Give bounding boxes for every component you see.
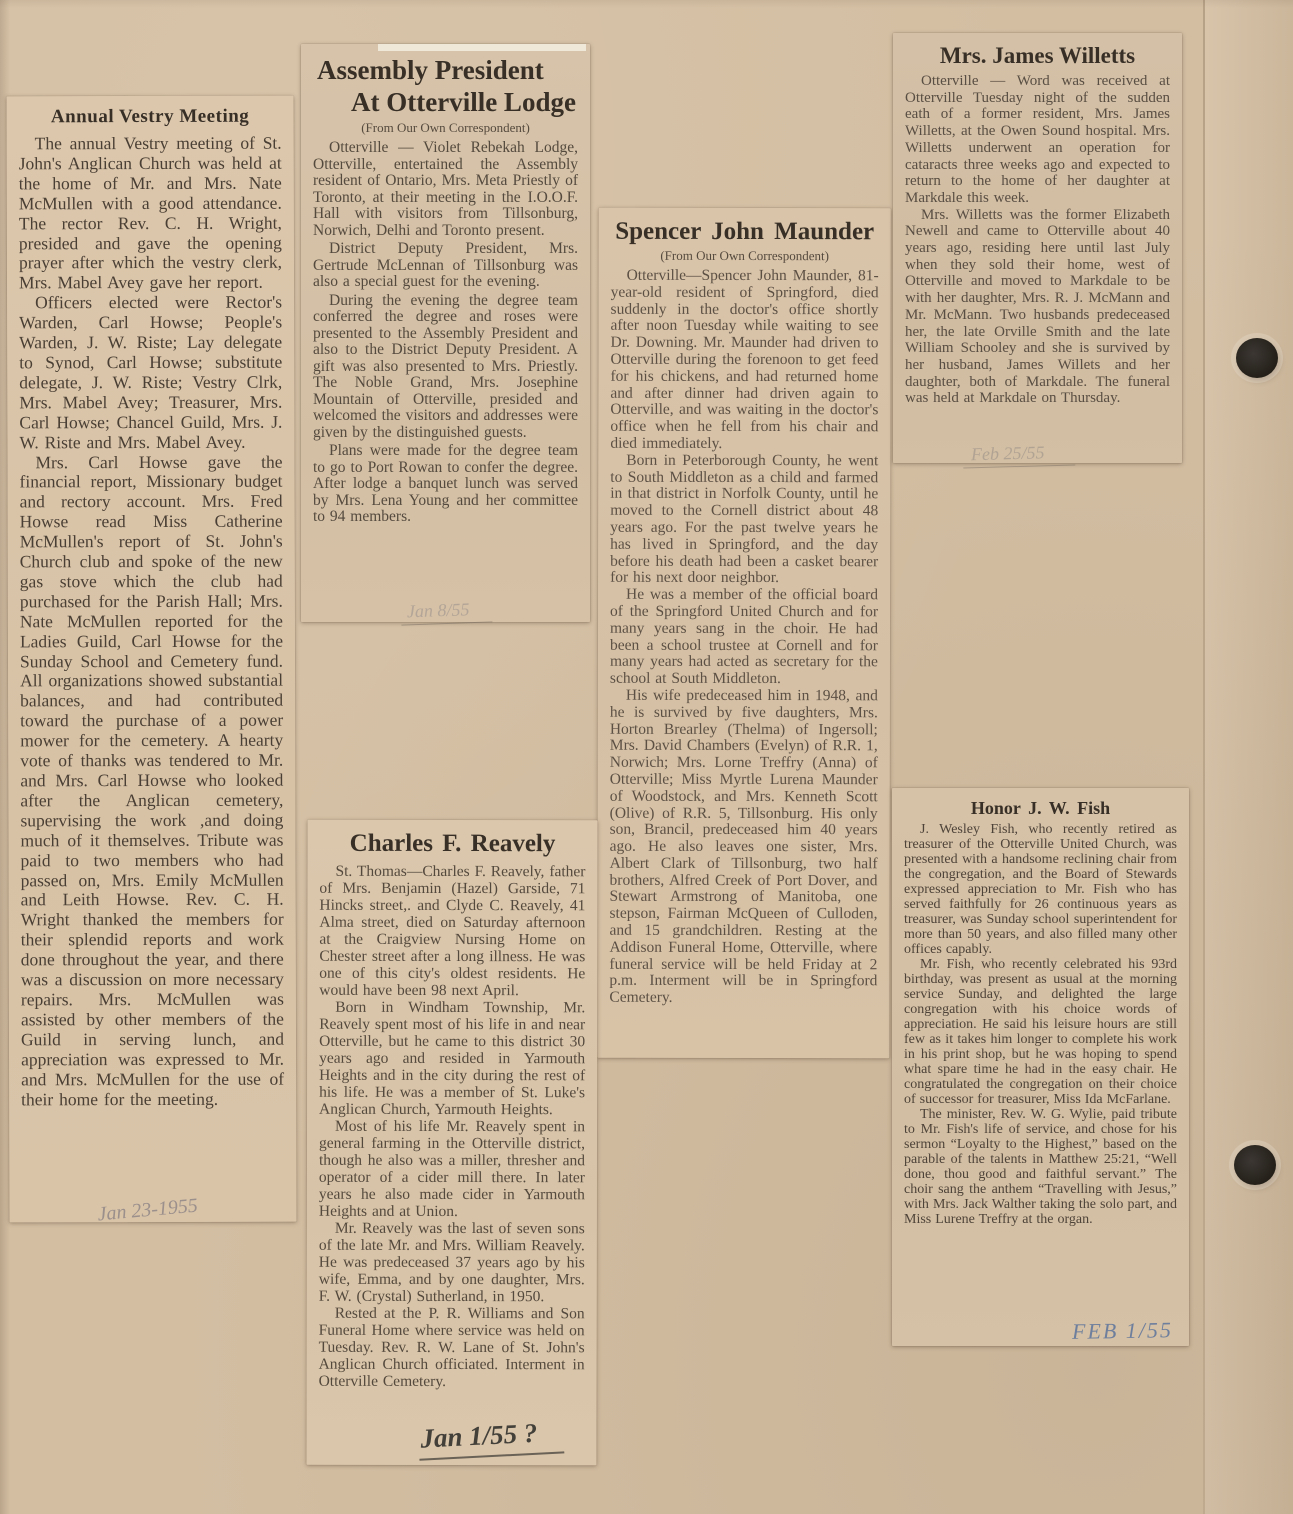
paragraph: J. Wesley Fish, who recently retired as … [904,822,1177,957]
paragraph: His wife predeceased him in 1948, and he… [609,688,878,1008]
clipping-mrs-james-willetts: Mrs. James Willetts Otterville — Word wa… [893,33,1182,463]
paragraph: He was a member of the official board of… [610,587,878,688]
clipping-body: Otterville — Word was received at Otterv… [905,73,1170,407]
clipping-annual-vestry-meeting: Annual Vestry Meeting The annual Vestry … [7,96,297,1223]
paragraph: Officers elected were Rector's Warden, C… [19,293,282,453]
clipping-title: Charles F. Reavely [319,830,585,858]
clipping-title-line1: Assembly President [313,54,578,86]
clipping-honor-j-w-fish: Honor J. W. Fish J. Wesley Fish, who rec… [892,788,1189,1346]
paragraph: District Deputy President, Mrs. Gertrude… [313,241,578,291]
page-right-edge [1205,0,1293,1514]
paragraph: Mr. Reavely was the last of seven sons o… [319,1220,585,1305]
clipping-spencer-john-maunder: Spencer John Maunder (From Our Own Corre… [597,208,890,1059]
paragraph: During the evening the degree team confe… [313,293,578,442]
clipping-title: Assembly President At Otterville Lodge [313,54,578,118]
clipping-body: J. Wesley Fish, who recently retired as … [904,822,1177,1227]
paragraph: The annual Vestry meeting of St. John's … [19,134,282,294]
handwritten-date: Jan 23-1955 [97,1195,199,1227]
paragraph: Plans were made for the degree team to g… [313,443,578,526]
handwritten-date: FEB 1/55 [1072,1317,1173,1345]
clipping-assembly-president: Assembly President At Otterville Lodge (… [301,44,590,622]
clipping-byline: (From Our Own Correspondent) [313,120,578,136]
clipping-title: Mrs. James Willetts [905,43,1170,69]
paragraph: Otterville—Spencer John Maunder, 81-year… [610,268,878,453]
paragraph: The minister, Rev. W. G. Wylie, paid tri… [904,1107,1177,1227]
clipping-title: Annual Vestry Meeting [19,106,282,129]
handwritten-date: Feb 25/55 [963,442,1075,469]
clipping-title: Spencer John Maunder [611,218,879,246]
clipping-body: Otterville—Spencer John Maunder, 81-year… [609,268,878,1008]
paragraph: Born in Peterborough County, he went to … [610,453,878,588]
paragraph: St. Thomas—Charles F. Reavely, father of… [319,863,585,999]
paragraph: Mrs. Willetts was the former Elizabeth N… [905,207,1170,407]
clipping-title-line2: At Otterville Lodge [313,86,578,118]
clipping-charles-f-reavely: Charles F. Reavely St. Thomas—Charles F.… [306,820,597,1466]
clipping-body: The annual Vestry meeting of St. John's … [19,134,285,1110]
paragraph: Born in Windham Township, Mr. Reavely sp… [319,999,585,1118]
clipping-body: Otterville — Violet Rebekah Lodge, Otter… [313,140,578,526]
paragraph: Otterville — Violet Rebekah Lodge, Otter… [313,140,578,239]
paragraph: Mr. Fish, who recently celebrated his 93… [904,957,1177,1107]
punch-hole-top [1236,338,1278,378]
paragraph: Rested at the P. R. Williams and Son Fun… [319,1305,585,1390]
paragraph: Otterville — Word was received at Otterv… [905,73,1170,207]
clipping-title: Honor J. W. Fish [904,798,1177,819]
handwritten-date: Jan 1/55 ? [418,1416,565,1460]
clipping-byline: (From Our Own Correspondent) [611,248,879,264]
scrapbook-page: Annual Vestry Meeting The annual Vestry … [0,0,1293,1514]
punch-hole-bottom [1234,1145,1276,1185]
clipping-body: St. Thomas—Charles F. Reavely, father of… [319,863,586,1390]
torn-paper-edge [378,44,586,51]
handwritten-date: Jan 8/55 [401,598,492,625]
paragraph: Mrs. Carl Howse gave the financial repor… [19,452,284,1110]
paragraph: Most of his life Mr. Reavely spent in ge… [319,1118,585,1220]
